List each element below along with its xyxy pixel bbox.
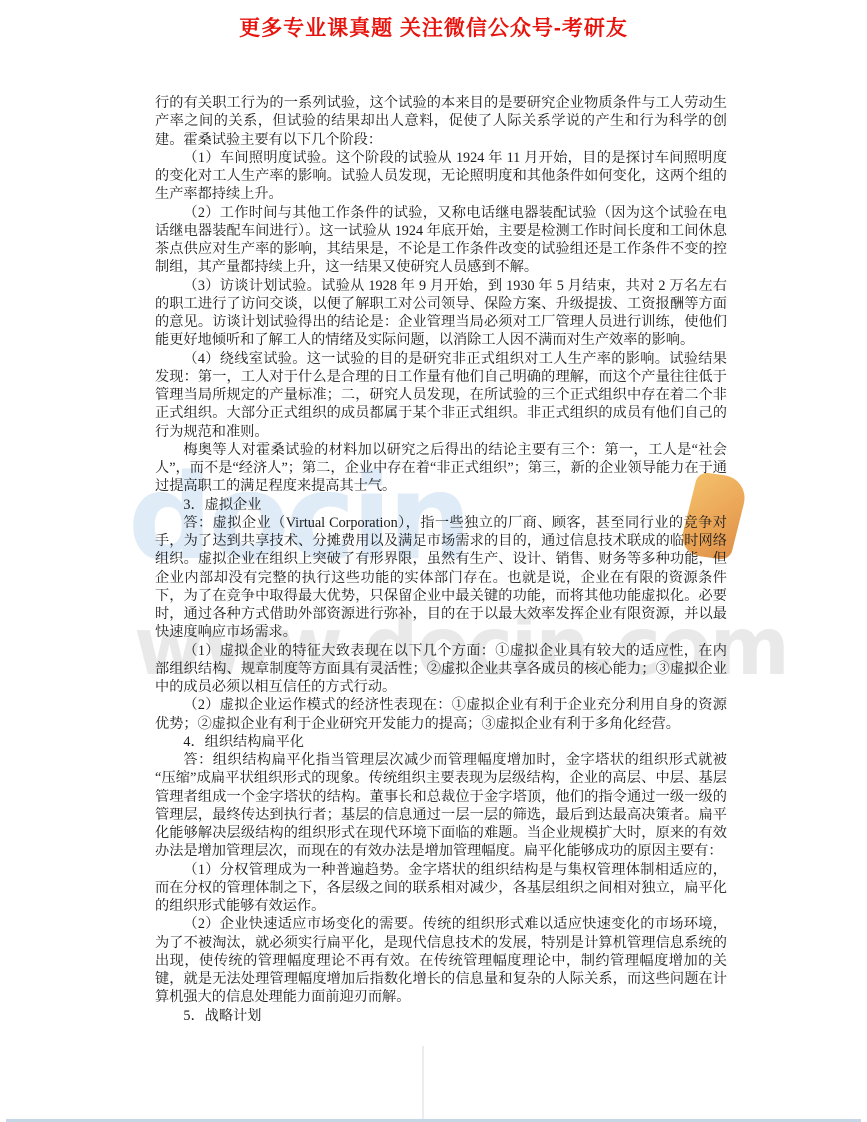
paragraph: （2）虚拟企业运作模式的经济性表现在：①虚拟企业有利于企业充分利用自身的资源优势… (155, 696, 727, 733)
document-page: docin www.docin.com 更多专业课真题 关注微信公众号-考研友 … (0, 0, 867, 1122)
paragraph: 5．战略计划 (155, 1007, 727, 1025)
paragraph: （1）分权管理成为一种普遍趋势。金字塔状的组织结构是与集权管理体制相适应的，而在… (155, 861, 727, 916)
paragraph: 3．虚拟企业 (155, 496, 727, 514)
paragraph: 梅奥等人对霍桑试验的材料加以研究之后得出的结论主要有三个：第一，工人是“社会人”… (155, 441, 727, 496)
paragraph: （1）车间照明度试验。这个阶段的试验从 1924 年 11 月开始，目的是探讨车… (155, 149, 727, 204)
paragraph: 答：虚拟企业（Virtual Corporation），指一些独立的厂商、顾客，… (155, 514, 727, 642)
paragraph: （3）访谈计划试验。试验从 1928 年 9 月开始，到 1930 年 5 月结… (155, 277, 727, 350)
paragraph: 行的有关职工行为的一系列试验，这个试验的本来目的是要研究企业物质条件与工人劳动生… (155, 94, 727, 149)
promo-header: 更多专业课真题 关注微信公众号-考研友 (0, 12, 867, 42)
watermark-vertical-line (422, 1046, 424, 1120)
paragraph: （4）绕线室试验。这一试验的目的是研究非正式组织对工人生产率的影响。试验结果发现… (155, 350, 727, 441)
paragraph: 答：组织结构扁平化指当管理层次减少而管理幅度增加时，金字塔状的组织形式就被“压缩… (155, 751, 727, 861)
paragraph: （1）虚拟企业的特征大致表现在以下几个方面：①虚拟企业具有较大的适应性，在内部组… (155, 642, 727, 697)
document-body: 行的有关职工行为的一系列试验，这个试验的本来目的是要研究企业物质条件与工人劳动生… (155, 94, 727, 1025)
paragraph: （2）工作时间与其他工作条件的试验，又称电话继电器装配试验（因为这个试验在电话继… (155, 204, 727, 277)
paragraph: 4．组织结构扁平化 (155, 733, 727, 751)
paragraph: （2）企业快速适应市场变化的需要。传统的组织形式难以适应快速变化的市场环境，为了… (155, 915, 727, 1006)
